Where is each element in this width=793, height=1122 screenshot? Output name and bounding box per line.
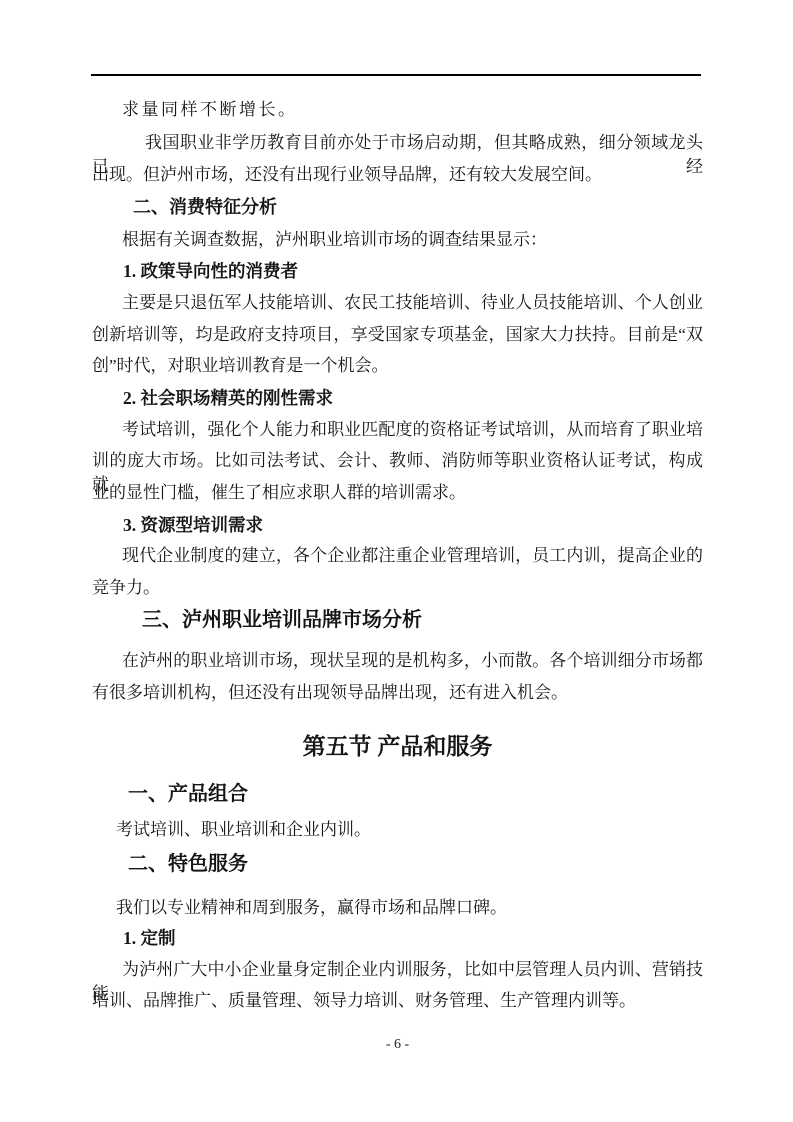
body-text-line: 培训、品牌推广、质量管理、领导力培训、财务管理、生产管理内训等。 (92, 989, 703, 1013)
body-text-line: 考试培训，强化个人能力和职业匹配度的资格证考试培训，从而培育了职业培 (92, 418, 703, 442)
body-text-line: 根据有关调查数据，泸州职业培训市场的调查结果显示： (92, 228, 703, 252)
section-heading-5-products-services: 第五节 产品和服务 (92, 733, 703, 761)
body-text-line: 竞争力。 (92, 576, 703, 600)
body-text-line: 求量同样不断增长。 (92, 98, 703, 122)
heading-2-consumption-analysis: 二、消费特征分析 (92, 195, 703, 219)
document-page: 求量同样不断增长。 我国职业非学历教育目前亦处于市场启动期，但其略成熟，细分领域… (0, 0, 793, 1122)
body-text-line: 业的显性门槛，催生了相应求职人群的培训需求。 (92, 481, 703, 505)
header-rule (91, 74, 701, 76)
subheading-1-customization: 1. 定制 (92, 926, 703, 950)
body-text-line: 创”时代，对职业培训教育是一个机会。 (92, 354, 703, 378)
heading-2-special-services: 二、特色服务 (92, 851, 703, 877)
heading-1-product-mix: 一、产品组合 (92, 781, 703, 807)
body-text-line: 考试培训、职业培训和企业内训。 (92, 818, 703, 842)
subheading-3-resource-training: 3. 资源型培训需求 (92, 513, 703, 537)
heading-3-luzhou-brand-market: 三、泸州职业培训品牌市场分析 (92, 607, 703, 633)
subheading-1-policy-consumers: 1. 政策导向性的消费者 (92, 259, 703, 283)
body-text-line: 我们以专业精神和周到服务，赢得市场和品牌口碑。 (92, 896, 703, 920)
subheading-2-workplace-elite: 2. 社会职场精英的刚性需求 (92, 386, 703, 410)
body-text-line: 现代企业制度的建立，各个企业都注重企业管理培训，员工内训，提高企业的 (92, 544, 703, 568)
body-text-line: 在泸州的职业培训市场，现状呈现的是机构多，小而散。各个培训细分市场都 (92, 649, 703, 673)
body-text-line: 出现。但泸州市场，还没有出现行业领导品牌，还有较大发展空间。 (92, 163, 703, 187)
page-number: - 6 - (92, 1037, 703, 1053)
body-text-line: 有很多培训机构，但还没有出现领导品牌出现，还有进入机会。 (92, 681, 703, 705)
body-text-line: 主要是只退伍军人技能培训、农民工技能培训、待业人员技能培训、个人创业 (92, 291, 703, 315)
body-text-line: 创新培训等，均是政府支持项目，享受国家专项基金，国家大力扶持。目前是“双 (92, 323, 703, 347)
